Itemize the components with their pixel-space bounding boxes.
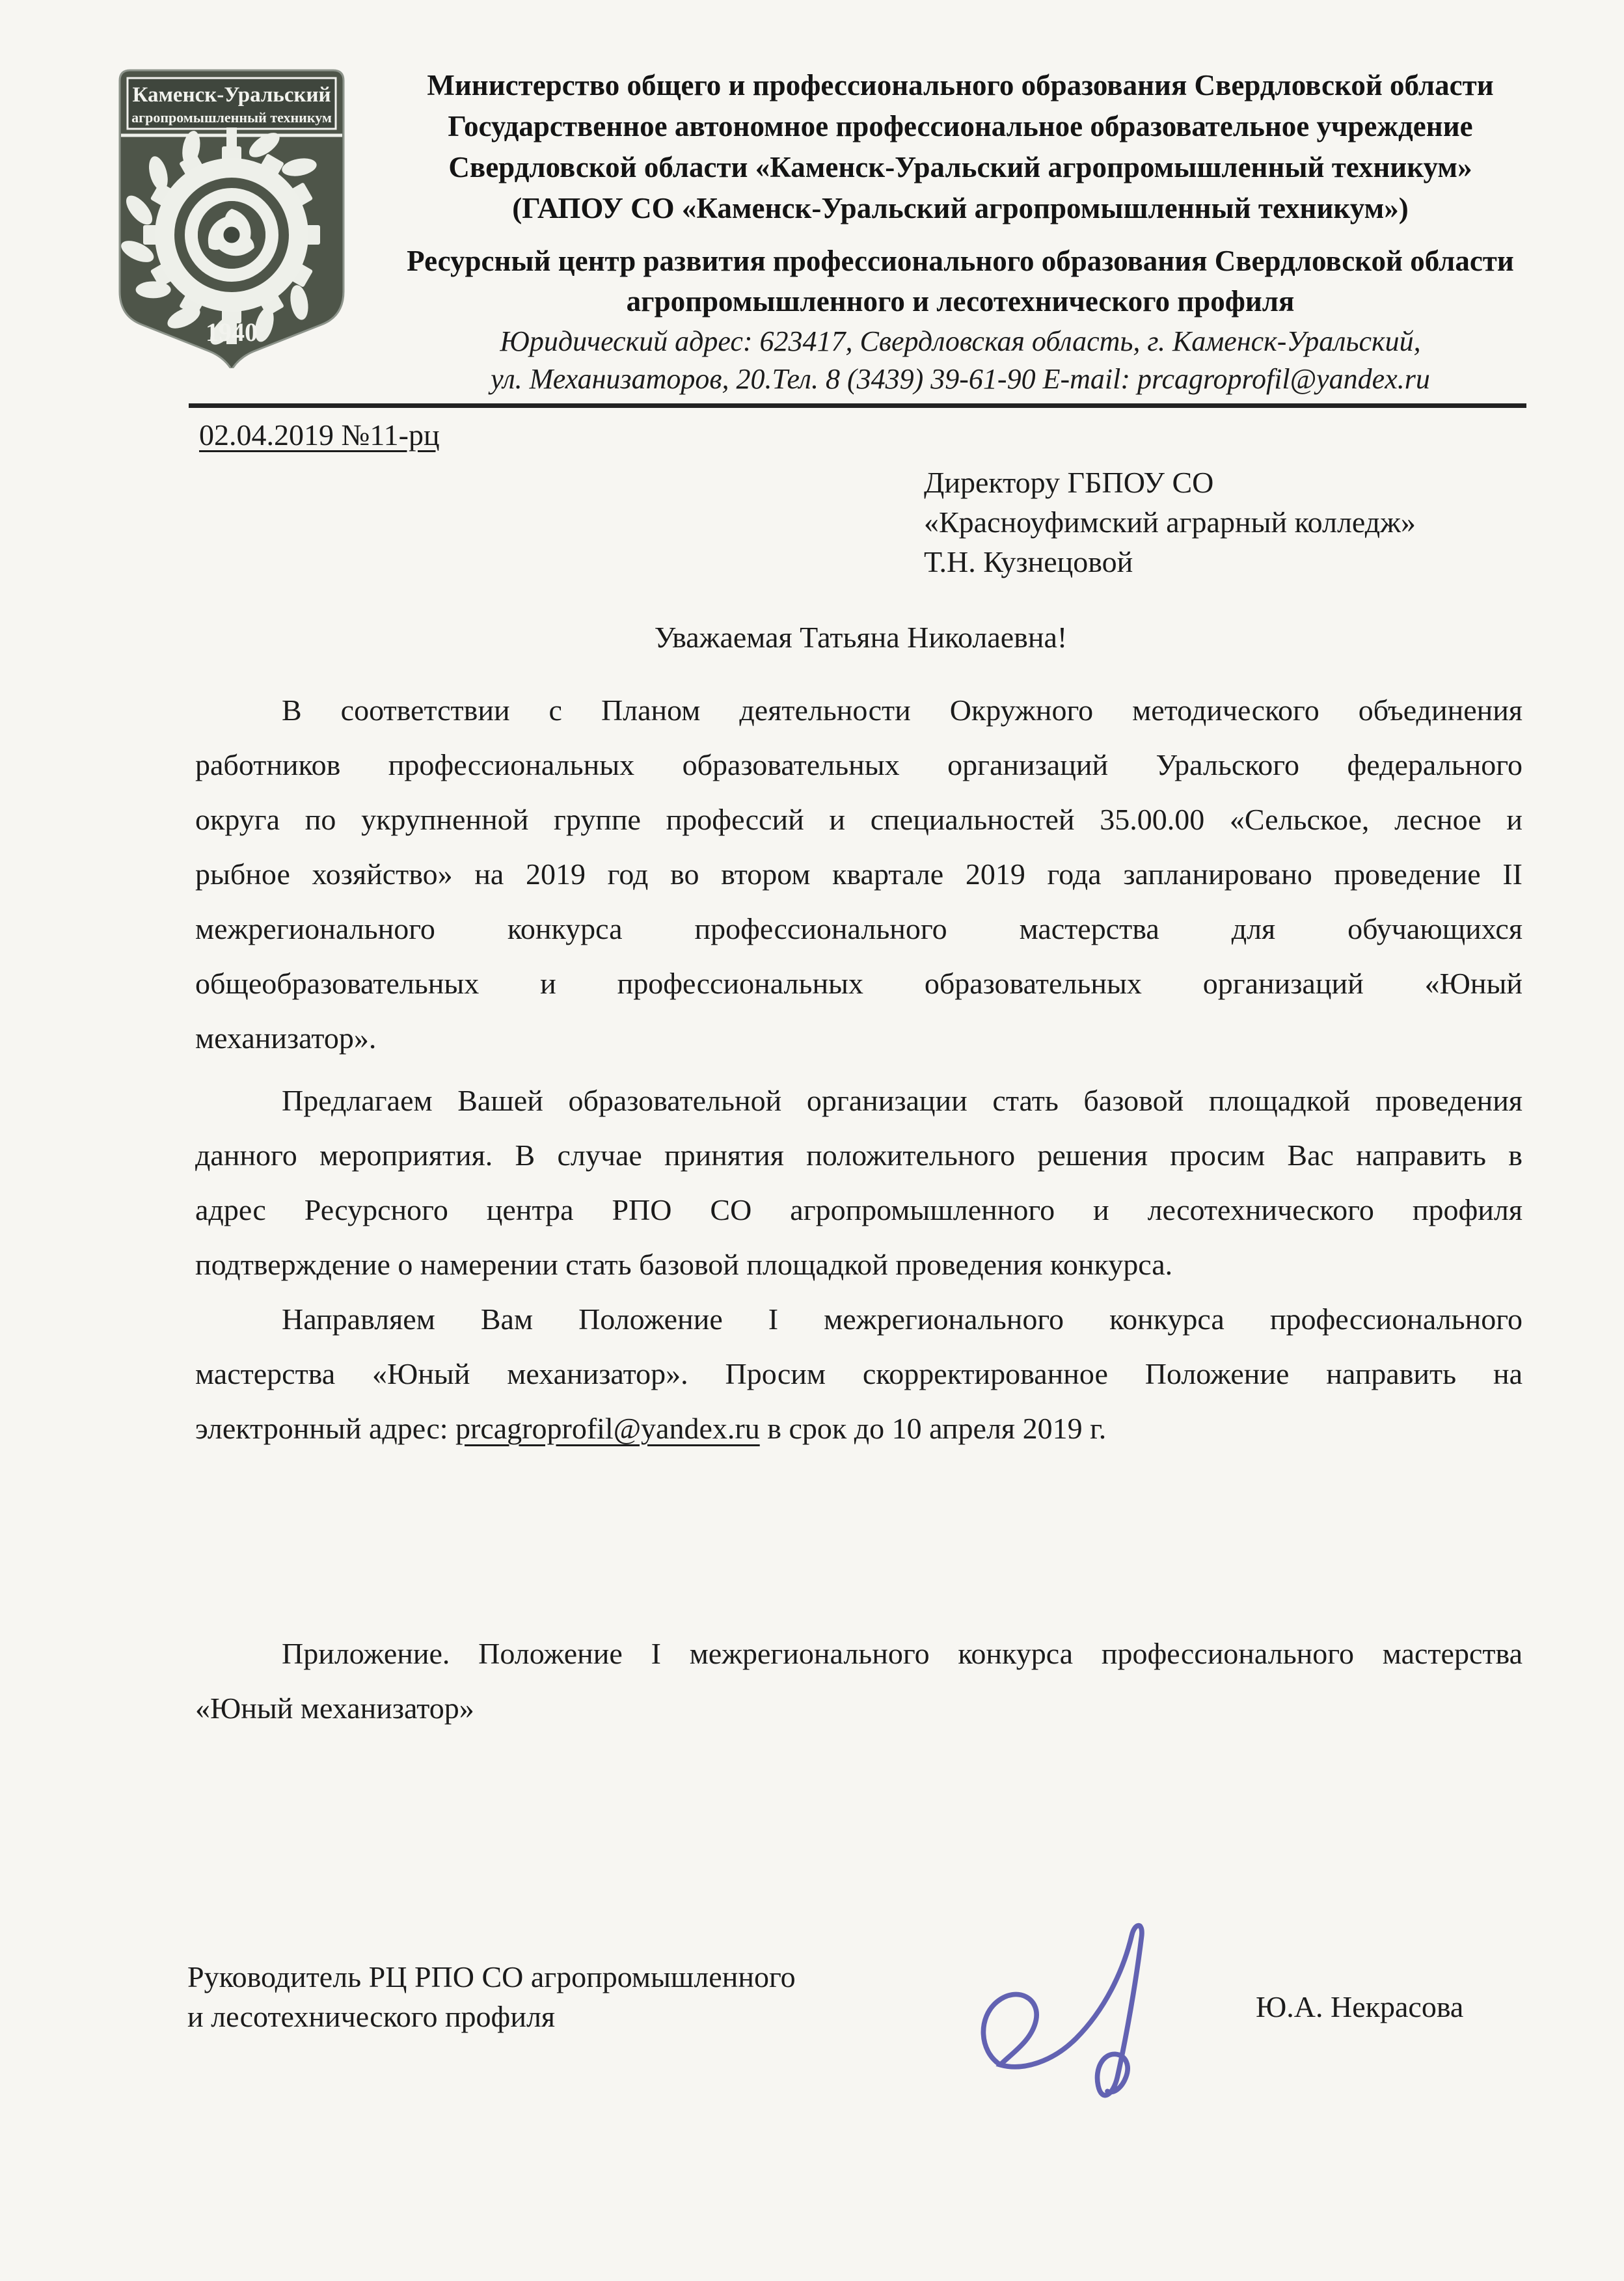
body-paragraph-2: Предлагаем Вашей образовательной организ… — [195, 1073, 1522, 1292]
body-line: механизатор». — [195, 1011, 1522, 1066]
resource-center-line: агропромышленного и лесотехнического про… — [355, 281, 1565, 321]
letterhead-divider — [189, 403, 1526, 408]
attachment-note: Приложение. Положение I межрегионального… — [195, 1626, 1522, 1736]
recipient-line: «Красноуфимский аграрный колледж» — [924, 502, 1526, 542]
emblem-band-title: Каменск-Уральский — [132, 83, 331, 107]
body-line: рыбное хозяйство» на 2019 год во втором … — [195, 847, 1522, 902]
header-line: (ГАПОУ СО «Каменск-Уральский агропромышл… — [355, 188, 1565, 229]
email-address: prcagroprofil@yandex.ru — [455, 1412, 760, 1445]
recipient-line: Директору ГБПОУ СО — [924, 463, 1526, 502]
legal-address-line: ул. Механизаторов, 20.Тел. 8 (3439) 39-6… — [355, 360, 1565, 398]
resource-center-line: Ресурсный центр развития профессионально… — [355, 241, 1565, 281]
scanned-letter-page: Каменск-Уральский агропромышленный техни… — [0, 0, 1624, 2281]
signer-name: Ю.А. Некрасова — [1256, 1990, 1463, 2024]
emblem-year: 1940 — [206, 317, 258, 347]
technikum-emblem-icon: Каменск-Уральский агропромышленный техни… — [108, 62, 355, 371]
body-line: адрес Ресурсного центра РПО СО агропромы… — [195, 1183, 1522, 1237]
header-line: Государственное автономное профессиональ… — [355, 106, 1565, 147]
shield-emblem-icon: Каменск-Уральский агропромышленный техни… — [108, 62, 355, 368]
email-prefix: электронный адрес: — [195, 1412, 455, 1445]
recipient-line: Т.Н. Кузнецовой — [924, 542, 1526, 582]
emblem-band-subtitle: агропромышленный техникум — [131, 109, 332, 126]
email-suffix: в срок до 10 апреля 2019 г. — [760, 1412, 1107, 1445]
body-paragraph-3: Направляем Вам Положение I межрегиональн… — [195, 1292, 1522, 1456]
body-line: подтверждение о намерении стать базовой … — [195, 1237, 1522, 1292]
reference-date-number: 02.04.2019 №11-рц — [199, 417, 1624, 453]
attachment-line: Приложение. Положение I межрегионального… — [195, 1626, 1522, 1681]
signature-block: Руководитель РЦ РПО СО агропромышленного… — [0, 1957, 1624, 2281]
body-line: округа по укрупненной группе профессий и… — [195, 792, 1522, 847]
signer-title: Руководитель РЦ РПО СО агропромышленного… — [187, 1957, 796, 2036]
body-line: межрегионального конкурса профессиональн… — [195, 902, 1522, 956]
body-line: Направляем Вам Положение I межрегиональн… — [195, 1292, 1522, 1347]
attachment-line: «Юный механизатор» — [195, 1681, 1522, 1736]
handwritten-signature-icon — [963, 1911, 1178, 2136]
body-line: данного мероприятия. В случае принятия п… — [195, 1128, 1522, 1183]
body-paragraph-1: В соответствии с Планом деятельности Окр… — [195, 683, 1522, 1066]
header-line: Министерство общего и профессионального … — [355, 65, 1565, 106]
recipient-block: Директору ГБПОУ СО «Красноуфимский аграр… — [924, 463, 1526, 582]
header-line: Свердловской области «Каменск-Уральский … — [355, 147, 1565, 188]
body-line-with-email: электронный адрес: prcagroprofil@yandex.… — [195, 1401, 1522, 1456]
body-line: мастерства «Юный механизатор». Просим ск… — [195, 1347, 1522, 1401]
letterhead-text: Министерство общего и профессионального … — [355, 62, 1565, 398]
salutation: Уважаемая Татьяна Николаевна! — [195, 610, 1526, 665]
body-line: В соответствии с Планом деятельности Окр… — [195, 683, 1522, 738]
body-line: Предлагаем Вашей образовательной организ… — [195, 1073, 1522, 1128]
body-line: работников профессиональных образователь… — [195, 738, 1522, 792]
legal-address-line: Юридический адрес: 623417, Свердловская … — [355, 323, 1565, 360]
body-line: общеобразовательных и профессиональных о… — [195, 956, 1522, 1011]
letterhead: Каменск-Уральский агропромышленный техни… — [0, 0, 1624, 398]
